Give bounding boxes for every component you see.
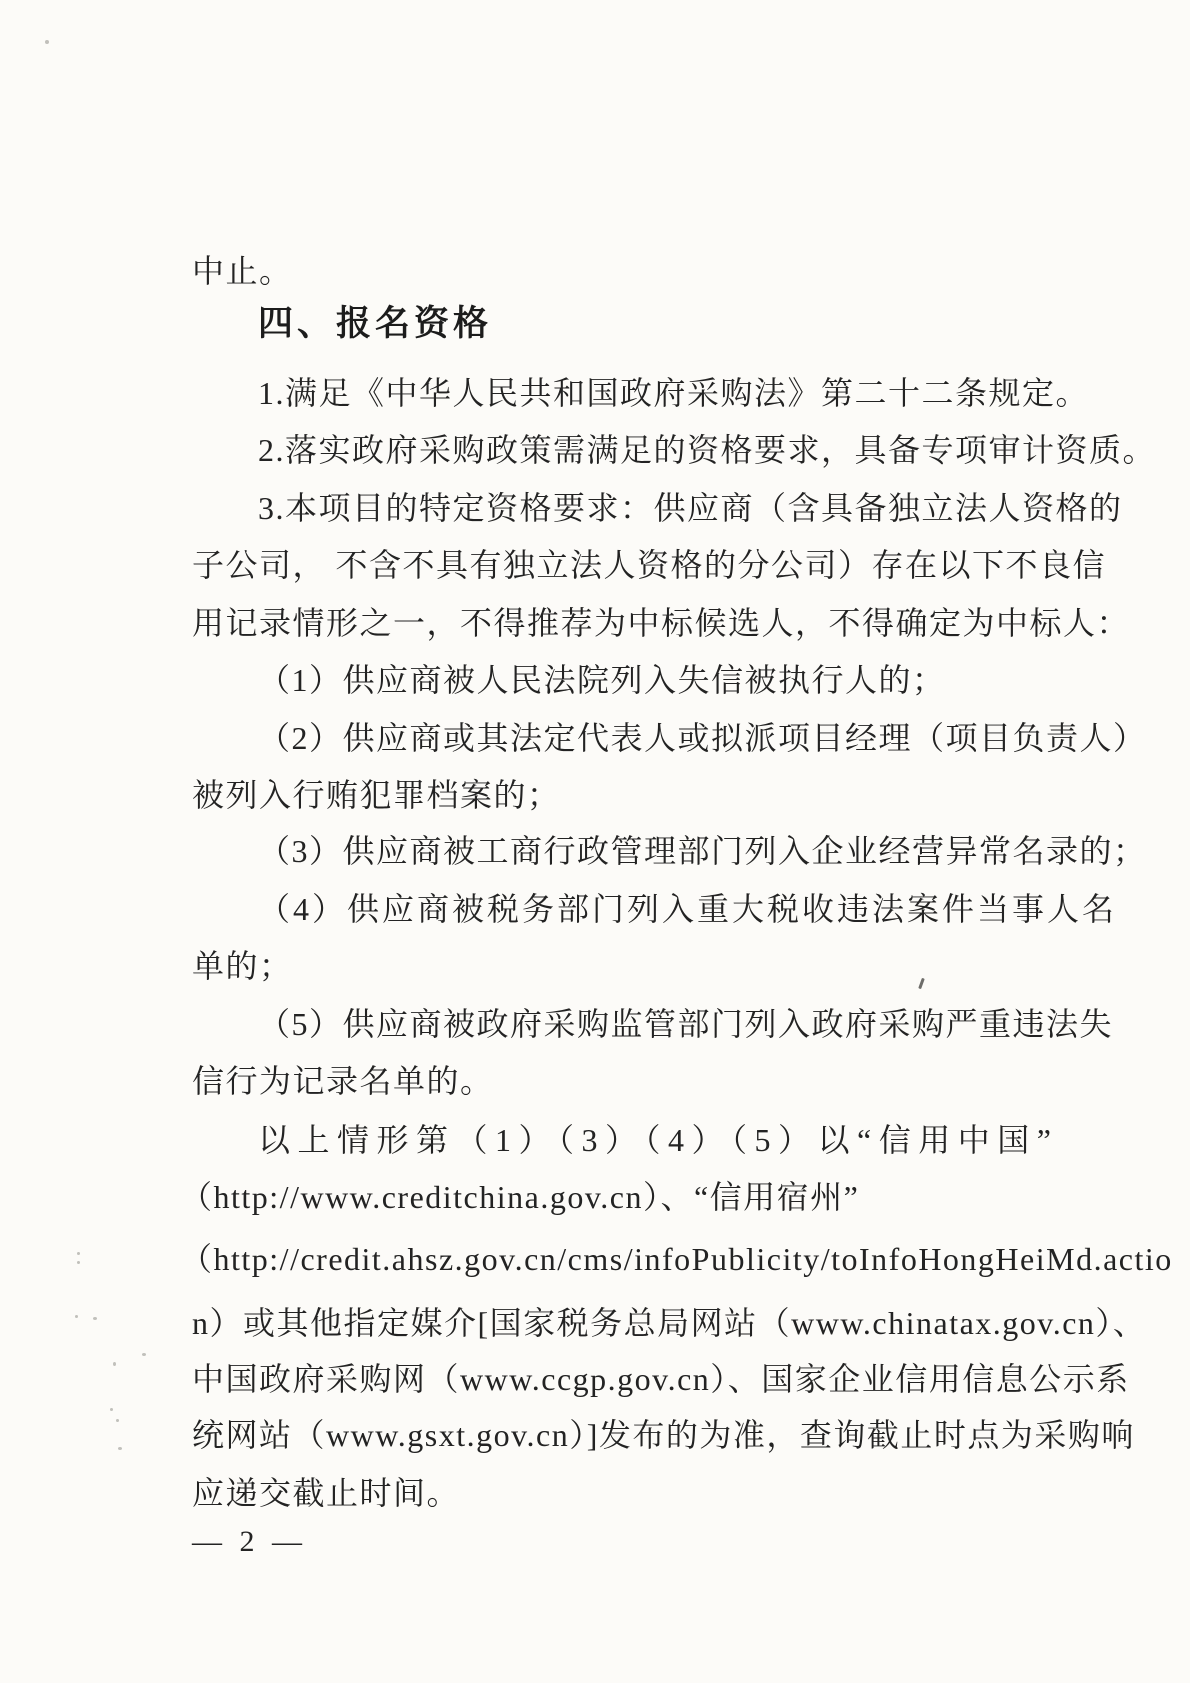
text-line: 被列入行贿犯罪档案的； bbox=[192, 775, 561, 815]
text-line: 子公司， 不含不具有独立法人资格的分公司）存在以下不良信 bbox=[192, 545, 1106, 585]
scan-speck bbox=[110, 1408, 113, 1411]
text-line: 中国政府采购网（www.ccgp.gov.cn）、国家企业信用信息公示系 bbox=[192, 1359, 1130, 1399]
text-line: 3.本项目的特定资格要求：供应商（含具备独立法人资格的 bbox=[258, 488, 1123, 528]
section-heading: 四、报名资格 bbox=[258, 304, 492, 344]
scan-pen-mark bbox=[918, 978, 925, 989]
scan-speck bbox=[93, 1317, 97, 1320]
text-line: n）或其他指定媒介[国家税务总局网站（www.chinatax.gov.cn）、 bbox=[192, 1303, 1146, 1343]
text-line: 中止。 bbox=[192, 251, 293, 291]
text-line: （2）供应商或其法定代表人或拟派项目经理（项目负责人） bbox=[258, 718, 1147, 758]
text-line: 统网站（www.gsxt.gov.cn）]发布的为准，查询截止时点为采购响 bbox=[192, 1415, 1135, 1455]
text-line: （http://credit.ahsz.gov.cn/cms/infoPubli… bbox=[180, 1239, 1173, 1279]
text-line: 1.满足《中华人民共和国政府采购法》第二十二条规定。 bbox=[258, 373, 1089, 413]
text-line: 以上情形第（1）（3）（4）（5）以“信用中国” bbox=[258, 1120, 1058, 1160]
text-line: 用记录情形之一，不得推荐为中标候选人，不得确定为中标人： bbox=[192, 603, 1130, 643]
scan-speck bbox=[45, 40, 49, 44]
text-line: （4）供应商被税务部门列入重大税收违法案件当事人名 bbox=[258, 889, 1117, 929]
scan-speck bbox=[77, 1261, 80, 1264]
text-line: 单的； bbox=[192, 946, 293, 986]
text-line: 应递交截止时间。 bbox=[192, 1473, 460, 1513]
scan-speck bbox=[116, 1419, 119, 1422]
scanned-document-page: 中止。 四、报名资格 1.满足《中华人民共和国政府采购法》第二十二条规定。 2.… bbox=[0, 0, 1190, 1683]
scan-speck bbox=[113, 1362, 116, 1366]
text-line: （5）供应商被政府采购监管部门列入政府采购严重违法失 bbox=[258, 1004, 1113, 1044]
text-line: 信行为记录名单的。 bbox=[192, 1061, 494, 1101]
scan-speck bbox=[118, 1447, 122, 1450]
scan-speck bbox=[77, 1252, 80, 1255]
scan-speck bbox=[75, 1315, 78, 1318]
page-number: — 2 — bbox=[192, 1522, 307, 1562]
text-line: （1）供应商被人民法院列入失信被执行人的； bbox=[258, 660, 946, 700]
text-line: （http://www.creditchina.gov.cn）、“信用宿州” bbox=[180, 1177, 859, 1217]
scan-speck bbox=[142, 1353, 146, 1356]
text-line: 2.落实政府采购政策需满足的资格要求，具备专项审计资质。 bbox=[258, 430, 1156, 470]
text-line: （3）供应商被工商行政管理部门列入企业经营异常名录的； bbox=[258, 831, 1147, 871]
